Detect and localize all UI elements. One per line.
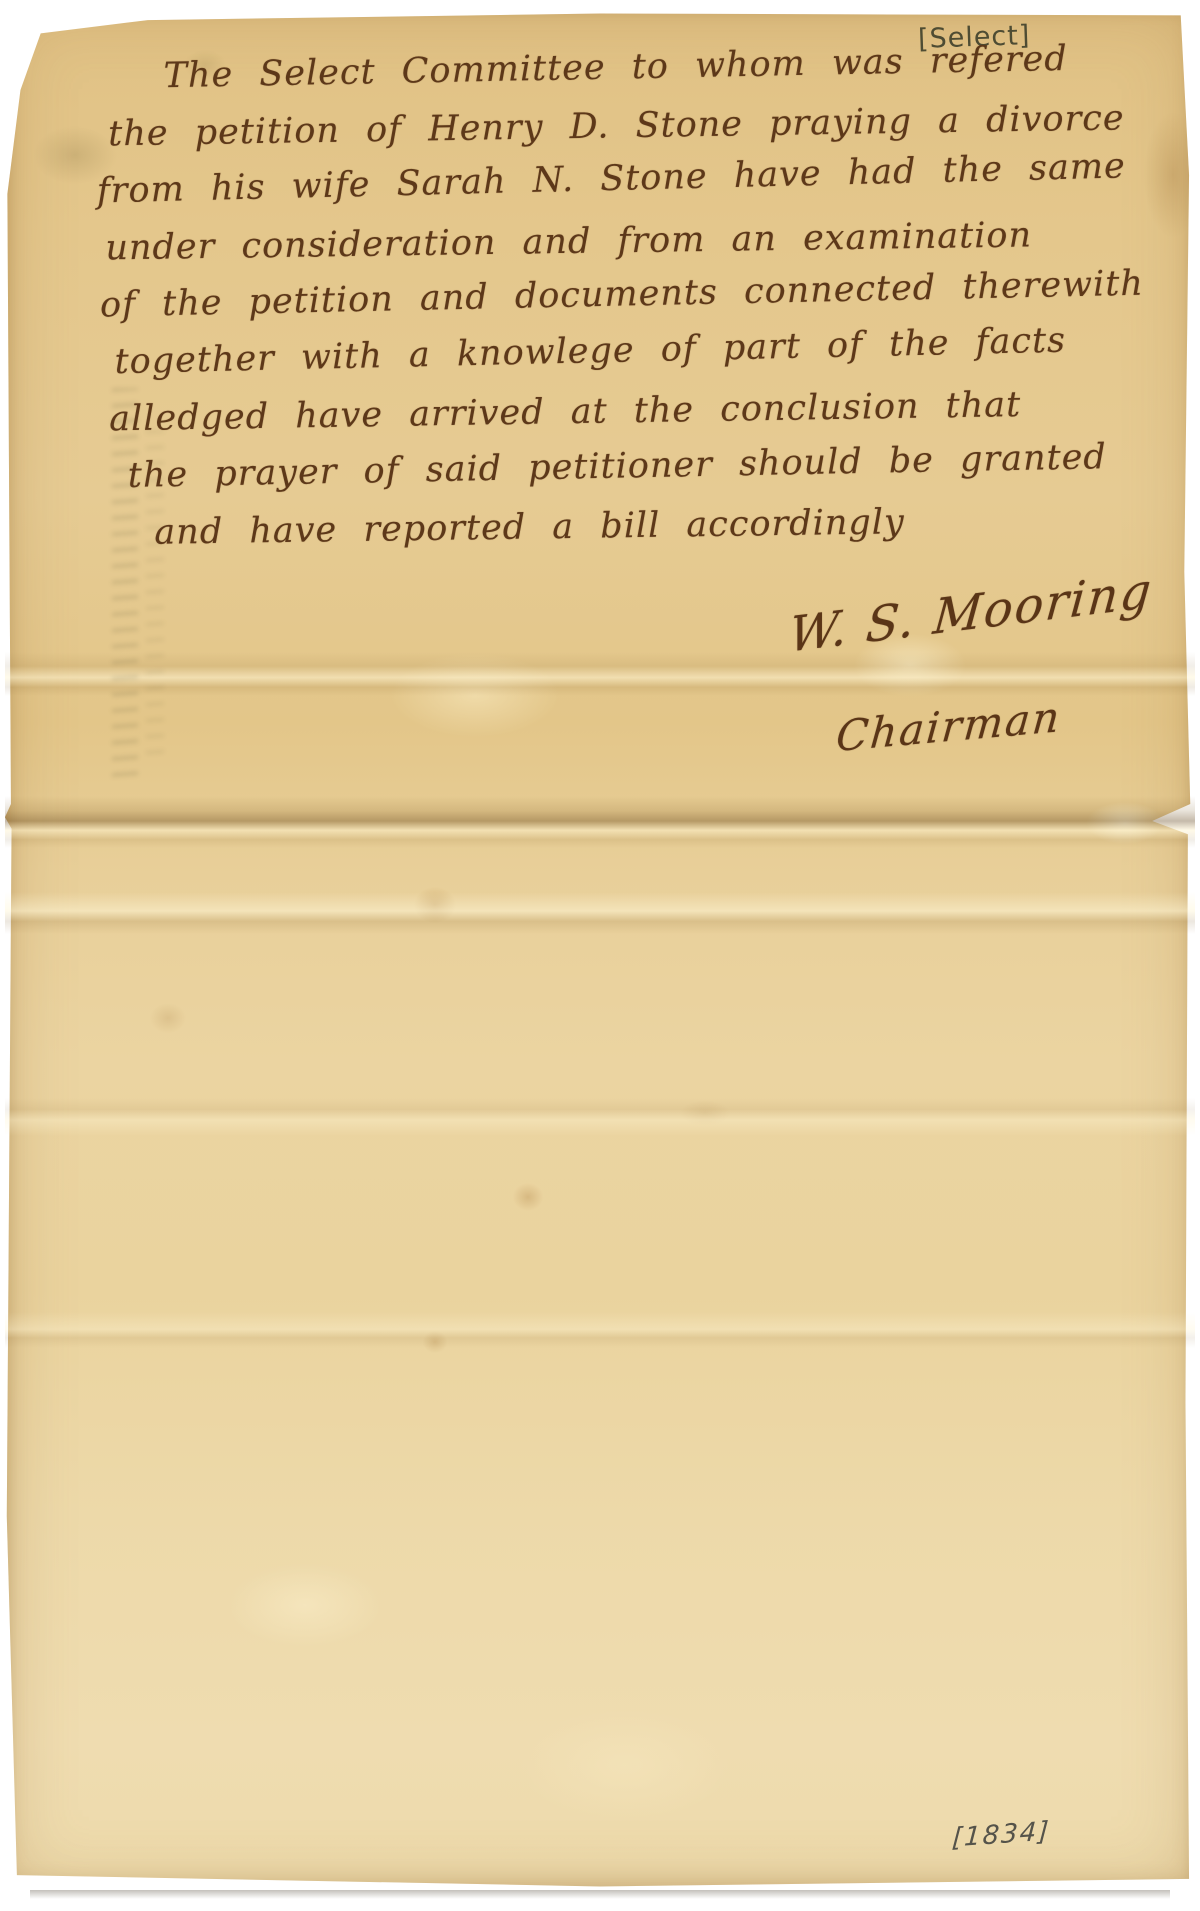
handwritten-report-body: The Select Committee to whom was refered…: [95, 38, 1155, 562]
scanned-document-page: [Select] The Select Committee to whom wa…: [0, 0, 1200, 1911]
paper-bottom-shadow: [30, 1890, 1170, 1899]
